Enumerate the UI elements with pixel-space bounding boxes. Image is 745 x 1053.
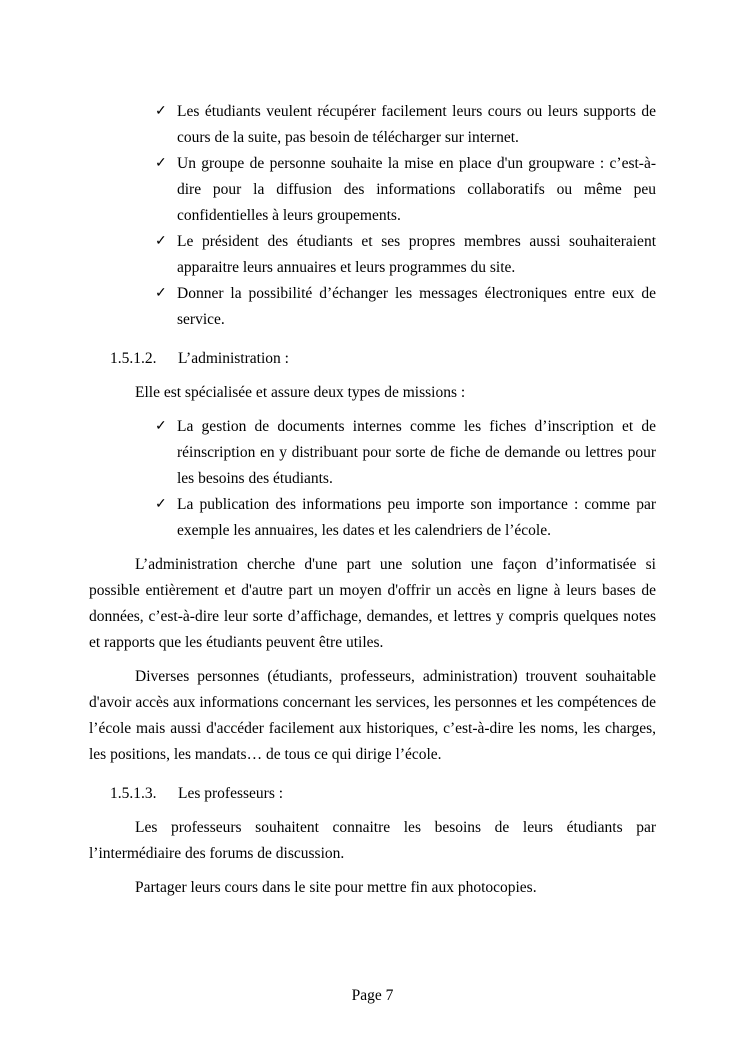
bullet-text: La publication des informations peu impo…	[177, 496, 656, 539]
list-item: ✓Donner la possibilité d’échanger les me…	[89, 281, 656, 333]
list-item: ✓La publication des informations peu imp…	[89, 492, 656, 544]
checkmark-icon: ✓	[155, 229, 167, 255]
section-title: Les professeurs :	[178, 785, 283, 802]
paragraph: L’administration cherche d'une part une …	[89, 552, 656, 656]
list-item: ✓La gestion de documents internes comme …	[89, 414, 656, 492]
page-number: Page 7	[352, 987, 394, 1004]
checkmark-icon: ✓	[155, 492, 167, 518]
checkmark-icon: ✓	[155, 414, 167, 440]
bullet-list: ✓La gestion de documents internes comme …	[89, 414, 656, 544]
section-number: 1.5.1.2.	[110, 346, 178, 372]
bullet-text: Les étudiants veulent récupérer facileme…	[177, 103, 656, 146]
paragraph: Elle est spécialisée et assure deux type…	[89, 380, 656, 406]
section-title: L’administration :	[178, 350, 289, 367]
list-item: ✓Les étudiants veulent récupérer facilem…	[89, 99, 656, 151]
section-number: 1.5.1.3.	[110, 781, 178, 807]
bullet-text: La gestion de documents internes comme l…	[177, 418, 656, 487]
bullet-text: Donner la possibilité d’échanger les mes…	[177, 285, 656, 328]
document-body: ✓Les étudiants veulent récupérer facilem…	[89, 99, 656, 909]
page-footer: Page 7	[0, 986, 745, 1006]
paragraph: Diverses personnes (étudiants, professeu…	[89, 664, 656, 768]
checkmark-icon: ✓	[155, 281, 167, 307]
document-page: ✓Les étudiants veulent récupérer facilem…	[0, 0, 745, 1053]
list-item: ✓Un groupe de personne souhaite la mise …	[89, 151, 656, 229]
bullet-list: ✓Les étudiants veulent récupérer facilem…	[89, 99, 656, 333]
section-heading: 1.5.1.3.Les professeurs :	[89, 781, 656, 807]
paragraph: Partager leurs cours dans le site pour m…	[89, 875, 656, 901]
checkmark-icon: ✓	[155, 151, 167, 177]
checkmark-icon: ✓	[155, 99, 167, 125]
list-item: ✓Le président des étudiants et ses propr…	[89, 229, 656, 281]
bullet-text: Un groupe de personne souhaite la mise e…	[177, 155, 656, 224]
paragraph: Les professeurs souhaitent connaitre les…	[89, 815, 656, 867]
section-heading: 1.5.1.2.L’administration :	[89, 346, 656, 372]
bullet-text: Le président des étudiants et ses propre…	[177, 233, 656, 276]
